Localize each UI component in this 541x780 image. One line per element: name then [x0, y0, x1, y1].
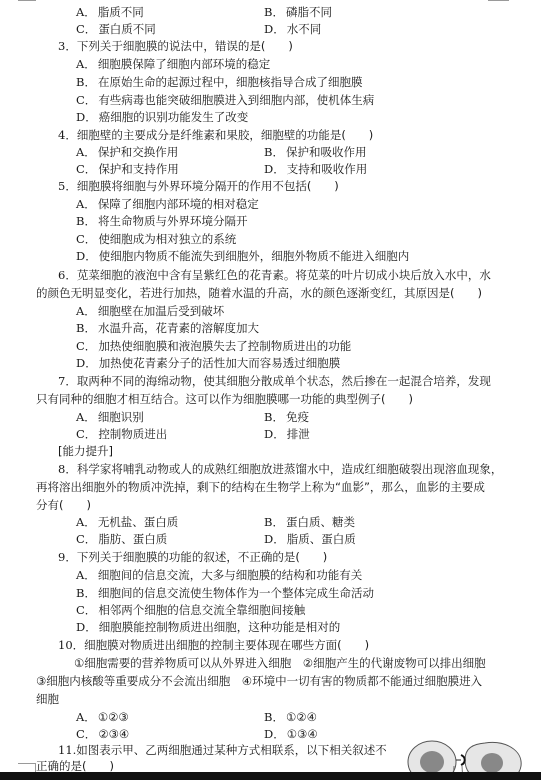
question-number: 11. — [58, 743, 76, 757]
option-letter: D． — [76, 620, 97, 634]
option-letter: D． — [264, 427, 285, 441]
option-text: 保障了细胞内部环境的相对稳定 — [98, 197, 259, 211]
option-letter: D． — [264, 162, 285, 176]
option-q9-a: A．细胞间的信息交流，大多与细胞膜的结构和功能有关 — [76, 567, 362, 584]
option-letter: D． — [76, 356, 97, 370]
option-q2-c: C．蛋白质不同 — [76, 21, 156, 38]
question-text: 细胞壁的主要成分是纤维素和果胶，细胞壁的功能是( ) — [77, 128, 373, 142]
question-11-stem-line1: 11.如图表示甲、乙两细胞通过某种方式相联系，以下相关叙述不 — [58, 742, 387, 759]
option-text: 相邻两个细胞的信息交流全靠细胞间接触 — [98, 603, 305, 617]
option-letter: C． — [76, 232, 96, 246]
question-8-stem-line1: 8．科学家将哺乳动物或人的成熟红细胞放进蒸馏水中，造成红细胞破裂出现溶血现象， — [58, 461, 502, 478]
option-q3-c: C．有些病毒也能突破细胞膜进入到细胞内部，使机体生病 — [76, 92, 374, 109]
question-10-statement-line2: ③细胞内核酸等重要成分不会流出细胞 ④环境中一切有害的物质都不能通过细胞膜进入 — [36, 673, 482, 690]
question-10-stem: 10．细胞膜对物质进出细胞的控制主要体现在哪些方面( ) — [58, 637, 369, 654]
option-text: 保护和支持作用 — [98, 162, 179, 176]
option-q8-c: C．脂肪、蛋白质 — [76, 531, 167, 548]
question-number: 7． — [58, 374, 77, 388]
option-text: 加热使花青素分子的活性加大而容易透过细胞膜 — [99, 356, 341, 370]
two-cells-diagram — [405, 738, 530, 772]
question-text: 下列关于细胞膜的说法中，错误的是( ) — [77, 39, 293, 53]
question-number: 5． — [58, 179, 77, 193]
option-text: 癌细胞的识别功能发生了改变 — [99, 110, 249, 124]
option-letter: A． — [76, 57, 96, 71]
option-q2-b: B．磷脂不同 — [264, 4, 332, 21]
option-text: ①②③ — [98, 710, 129, 724]
option-letter: A． — [76, 145, 96, 159]
option-letter: C． — [76, 427, 96, 441]
option-text: 细胞识别 — [98, 410, 144, 424]
option-text: 控制物质进出 — [98, 427, 167, 441]
option-letter: C． — [76, 93, 96, 107]
question-6-stem-line2: 的颜色无明显变化，若进行加热，随着水温的升高，水的颜色逐渐变红，其原因是( ) — [36, 285, 482, 302]
option-q10-a: A．①②③ — [76, 709, 129, 726]
option-letter: B． — [76, 586, 96, 600]
question-9-stem: 9．下列关于细胞膜的功能的叙述，不正确的是( ) — [58, 549, 327, 566]
option-letter: B． — [76, 214, 96, 228]
option-q8-d: D．脂质、蛋白质 — [264, 531, 356, 548]
question-number: 6． — [58, 268, 77, 282]
question-text: 苋菜细胞的液泡中含有呈紫红色的花青素。将苋菜的叶片切成小块后放入水中，水 — [77, 268, 491, 282]
option-text: 将生命物质与外界环境分隔开 — [98, 214, 248, 228]
option-text: 无机盐、蛋白质 — [98, 515, 179, 529]
option-letter: B． — [264, 710, 284, 724]
question-text: 细胞膜将细胞与外界环境分隔开的作用不包括( ) — [77, 179, 339, 193]
option-q7-b: B．免疫 — [264, 409, 309, 426]
option-letter: B． — [264, 145, 284, 159]
option-text: ②③④ — [98, 727, 129, 741]
option-q6-a: A．细胞壁在加温后受到破坏 — [76, 303, 224, 320]
option-text: 保护和交换作用 — [98, 145, 179, 159]
option-q3-b: B．在原始生命的起源过程中，细胞核指导合成了细胞膜 — [76, 74, 362, 91]
option-text: 有些病毒也能突破细胞膜进入到细胞内部，使机体生病 — [98, 93, 374, 107]
option-q4-b: B．保护和吸收作用 — [264, 144, 366, 161]
option-q4-c: C．保护和支持作用 — [76, 161, 179, 178]
option-text: 细胞膜能控制物质进出细胞，这种功能是相对的 — [99, 620, 341, 634]
option-q10-b: B．①②④ — [264, 709, 317, 726]
page-bottom-edge — [0, 772, 541, 780]
option-letter: D． — [264, 532, 285, 546]
question-number: 4． — [58, 128, 77, 142]
option-q6-c: C．加热使细胞膜和液泡膜失去了控制物质进出的功能 — [76, 338, 351, 355]
option-text: 水温升高，花青素的溶解度加大 — [98, 321, 259, 335]
option-text: 磷脂不同 — [286, 5, 332, 19]
question-7-stem-line2: 只有同种的细胞才相互结合。这可以作为细胞膜哪一功能的典型例子( ) — [36, 391, 413, 408]
option-q7-d: D．排泄 — [264, 426, 310, 443]
option-text: 水不同 — [287, 22, 322, 36]
option-q5-c: C．使细胞成为相对独立的系统 — [76, 231, 236, 248]
option-letter: C． — [76, 603, 96, 617]
option-letter: A． — [76, 568, 96, 582]
option-text: 支持和吸收作用 — [287, 162, 368, 176]
option-text: 加热使细胞膜和液泡膜失去了控制物质进出的功能 — [98, 339, 351, 353]
option-letter: C． — [76, 339, 96, 353]
option-text: 排泄 — [287, 427, 310, 441]
question-number: 9． — [58, 550, 77, 564]
question-3-stem: 3．下列关于细胞膜的说法中，错误的是( ) — [58, 38, 293, 55]
option-letter: D． — [264, 22, 285, 36]
question-10-statement-line1: ①细胞需要的营养物质可以从外界进入细胞 ②细胞产生的代谢废物可以排出细胞 — [74, 655, 486, 672]
option-text: 使细胞内物质不能流失到细胞外，细胞外物质不能进入细胞内 — [99, 249, 410, 263]
section-heading: [能力提升] — [58, 443, 113, 460]
option-q4-a: A．保护和交换作用 — [76, 144, 178, 161]
option-letter: C． — [76, 532, 96, 546]
option-q5-d: D．使细胞内物质不能流失到细胞外，细胞外物质不能进入细胞内 — [76, 248, 409, 265]
option-text: 使细胞成为相对独立的系统 — [98, 232, 236, 246]
option-q2-a: A．脂质不同 — [76, 4, 144, 21]
option-q9-d: D．细胞膜能控制物质进出细胞，这种功能是相对的 — [76, 619, 340, 636]
option-letter: B． — [264, 515, 284, 529]
option-q8-a: A．无机盐、蛋白质 — [76, 514, 178, 531]
option-text: 细胞间的信息交流，大多与细胞膜的结构和功能有关 — [98, 568, 363, 582]
option-letter: A． — [76, 410, 96, 424]
option-letter: B． — [264, 5, 284, 19]
option-text: 蛋白质、糖类 — [286, 515, 355, 529]
option-q6-b: B．水温升高，花青素的溶解度加大 — [76, 320, 259, 337]
option-text: 细胞间的信息交流使生物体作为一个整体完成生命活动 — [98, 586, 374, 600]
option-q3-d: D．癌细胞的识别功能发生了改变 — [76, 109, 248, 126]
option-letter: C． — [76, 22, 96, 36]
option-q7-c: C．控制物质进出 — [76, 426, 167, 443]
option-text: 脂质不同 — [98, 5, 144, 19]
option-text: 在原始生命的起源过程中，细胞核指导合成了细胞膜 — [98, 75, 363, 89]
option-letter: A． — [76, 515, 96, 529]
option-letter: C． — [76, 727, 96, 741]
question-text: 下列关于细胞膜的功能的叙述，不正确的是( ) — [77, 550, 327, 564]
question-number: 10． — [58, 638, 84, 652]
option-letter: A． — [76, 710, 96, 724]
option-letter: B． — [264, 410, 284, 424]
question-10-statement-line3: 细胞 — [36, 691, 59, 708]
option-letter: A． — [76, 5, 96, 19]
option-q9-b: B．细胞间的信息交流使生物体作为一个整体完成生命活动 — [76, 585, 374, 602]
option-letter: A． — [76, 304, 96, 318]
option-text: 细胞壁在加温后受到破坏 — [98, 304, 225, 318]
option-letter: D． — [76, 110, 97, 124]
question-text: 取两种不同的海绵动物，使其细胞分散成单个状态，然后掺在一起混合培养，发现 — [77, 374, 491, 388]
question-5-stem: 5．细胞膜将细胞与外界环境分隔开的作用不包括( ) — [58, 178, 339, 195]
option-q3-a: A．细胞膜保障了细胞内部环境的稳定 — [76, 56, 270, 73]
option-q4-d: D．支持和吸收作用 — [264, 161, 367, 178]
page-corner-mark — [18, 0, 36, 1]
question-6-stem-line1: 6．苋菜细胞的液泡中含有呈紫红色的花青素。将苋菜的叶片切成小块后放入水中，水 — [58, 267, 491, 284]
option-q5-a: A．保障了细胞内部环境的相对稳定 — [76, 196, 259, 213]
option-letter: B． — [76, 75, 96, 89]
option-text: 脂质、蛋白质 — [287, 532, 356, 546]
option-text: 蛋白质不同 — [98, 22, 156, 36]
question-number: 3． — [58, 39, 77, 53]
option-q8-b: B．蛋白质、糖类 — [264, 514, 355, 531]
question-number: 8． — [58, 462, 77, 476]
question-7-stem-line1: 7．取两种不同的海绵动物，使其细胞分散成单个状态，然后掺在一起混合培养，发现 — [58, 373, 491, 390]
option-letter: D． — [264, 727, 285, 741]
question-4-stem: 4．细胞壁的主要成分是纤维素和果胶，细胞壁的功能是( ) — [58, 127, 373, 144]
option-text: 保护和吸收作用 — [286, 145, 367, 159]
option-text: ①③④ — [287, 727, 318, 741]
option-q5-b: B．将生命物质与外界环境分隔开 — [76, 213, 247, 230]
option-text: 脂肪、蛋白质 — [98, 532, 167, 546]
option-letter: B． — [76, 321, 96, 335]
option-text: ①②④ — [286, 710, 317, 724]
option-q7-a: A．细胞识别 — [76, 409, 144, 426]
question-text: 如图表示甲、乙两细胞通过某种方式相联系，以下相关叙述不 — [76, 743, 387, 757]
option-q10-c: C．②③④ — [76, 726, 129, 743]
page-corner-mark — [488, 0, 509, 1]
question-8-stem-line2: 再将溶出细胞外的物质冲洗掉，剩下的结构在生物学上称为“血影”，那么，血影的主要成 — [36, 479, 485, 496]
option-letter: C． — [76, 162, 96, 176]
option-letter: D． — [76, 249, 97, 263]
option-q6-d: D．加热使花青素分子的活性加大而容易透过细胞膜 — [76, 355, 340, 372]
option-letter: A． — [76, 197, 96, 211]
question-8-stem-line3: 分有( ) — [36, 497, 91, 514]
document-page: A．脂质不同 B．磷脂不同 C．蛋白质不同 D．水不同 3．下列关于细胞膜的说法… — [0, 0, 541, 772]
question-text: 科学家将哺乳动物或人的成熟红细胞放进蒸馏水中，造成红细胞破裂出现溶血现象， — [77, 462, 503, 476]
option-q9-c: C．相邻两个细胞的信息交流全靠细胞间接触 — [76, 602, 305, 619]
option-q2-d: D．水不同 — [264, 21, 321, 38]
option-text: 细胞膜保障了细胞内部环境的稳定 — [98, 57, 271, 71]
question-text: 细胞膜对物质进出细胞的控制主要体现在哪些方面( ) — [84, 638, 369, 652]
option-q10-d: D．①③④ — [264, 726, 318, 743]
option-text: 免疫 — [286, 410, 309, 424]
